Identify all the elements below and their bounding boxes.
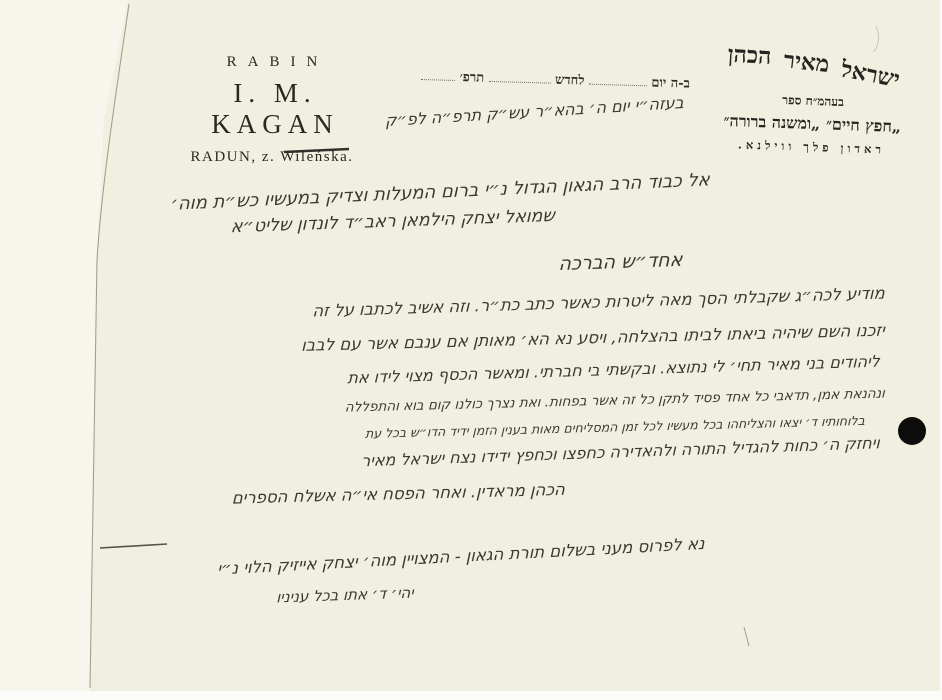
letterhead-address-line: RADUN, z. Wileńska. xyxy=(162,149,382,166)
date-blank-year xyxy=(421,66,455,81)
date-year-label: תרפ׳ xyxy=(460,70,485,86)
date-blank-month xyxy=(489,68,551,84)
letterhead-left: RABIN I. M. KAGAN RADUN, z. Wileńska. xyxy=(162,54,382,166)
scanned-letter-canvas: RABIN I. M. KAGAN RADUN, z. Wileńska. ב-… xyxy=(0,0,942,700)
name-word-meir: מאיר xyxy=(783,46,831,78)
date-month-label: לחדש xyxy=(555,73,585,89)
date-bh-yom-label: ב-ה יום xyxy=(651,75,690,91)
name-word-hakohen: הכהן xyxy=(727,41,772,70)
letterhead-author-line: בעהמ״ח ספר xyxy=(698,90,928,113)
letterhead-kagan-line: I. M. KAGAN xyxy=(162,78,382,140)
name-word-yisrael: ישראל xyxy=(839,56,902,94)
letterhead-right: ישראל מאיר הכהן בעהמ״ח ספר „חפץ חיים״ „ו… xyxy=(696,48,929,158)
letterhead-rabin-line: RABIN xyxy=(162,54,382,71)
date-blank-day xyxy=(589,71,647,87)
scan-bottom-margin xyxy=(0,691,942,700)
letterhead-books-line: „חפץ חיים״ „ומשנה ברורה״ xyxy=(697,110,928,138)
